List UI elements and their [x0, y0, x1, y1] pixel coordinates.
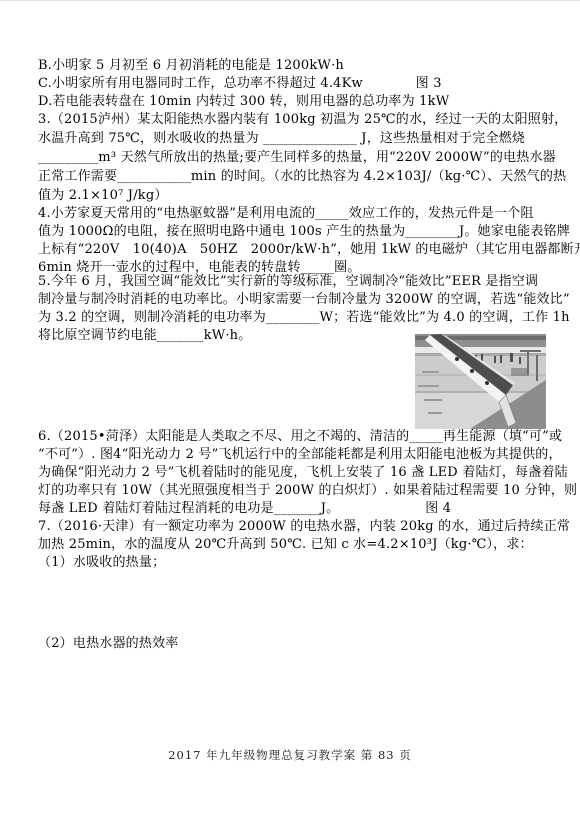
text-line: 水温升高到 75℃，则水吸收的热量为 ______________ J，这些热量… — [38, 130, 525, 148]
text-line: 制冷量与制冷时消耗的电功率比。小明家需要一台制冷量为 3200W 的空调，若选“… — [38, 291, 570, 309]
text-line: 为确保“阳光动力 2 号”飞机着陆时的能见度，飞机上安装了 16 盏 LED 着… — [38, 464, 568, 482]
text-line: 为 3.2 的空调，则制冷消耗的电功率为________W；若选“能效比”为 4… — [38, 309, 570, 327]
text-line: 每盏 LED 着陆灯着陆过程消耗的电功是_______J。 图 4 — [38, 500, 451, 518]
text-line: C.小明家所有用电器同时工作，总功率不得超过 4.4Kw 图 3 — [38, 75, 442, 93]
text-line: 值为 1000Ω的电阻，接在照明电路中通电 100s 产生的热量为_______… — [38, 223, 570, 241]
text-line: B.小明家 5 月初至 6 月初消耗的电能是 1200kW·h — [38, 57, 344, 75]
text-line: 3.（2015泸州）某太阳能热水器内装有 100kg 初温为 25℃的水，经过一… — [38, 111, 567, 129]
text-line: 6.（2015•菏泽）太阳能是人类取之不尽、用之不竭的、清洁的_____再生能源… — [38, 428, 562, 446]
text-line: （1）水吸收的热量； — [38, 554, 165, 572]
text-line: 加热 25min，水的温度从 20℃升高到 50℃. 已知 c 水=4.2×10… — [38, 536, 533, 554]
text-line: 上标有“220V 10(40)A 50HZ 2000r/kW·h”，她用 1kW… — [38, 241, 580, 259]
text-line: （2）电热水器的热效率 — [38, 635, 178, 653]
text-line: 7.（2016·天津）有一额定功率为 2000W 的电热水器，内装 20kg 的… — [38, 518, 570, 536]
document-page: B.小明家 5 月初至 6 月初消耗的电能是 1200kW·h C.小明家所有用… — [0, 0, 580, 820]
text-line: 正常工作需要___________min 的时间。（水的比热容为 4.2×103… — [38, 168, 566, 186]
text-line: D.若电能表转盘在 10min 内转过 300 转，则用电器的总功率为 1kW — [38, 93, 449, 111]
text-line: _________m³ 天然气所放出的热量;要产生同样多的热量，用“220V 2… — [38, 149, 556, 167]
text-line: “不可”）. 图4“阳光动力 2 号”飞机运行中的全部能耗都是利用太阳能电池板为… — [38, 446, 562, 464]
solar-impulse-airplane-photo — [415, 334, 546, 429]
text-line: 4.小芳家夏天常用的“电热驱蚊器”是利用电流的_____效应工作的，发热元件是一… — [38, 205, 534, 223]
text-line: 值为 2.1×10⁷ J/kg） — [38, 187, 168, 205]
page-footer: 2017 年九年级物理总复习教学案 第 83 页 — [0, 747, 580, 763]
text-line: 灯的功率只有 10W（其光照强度相当于 200W 的白炽灯）. 如果着陆过程需要… — [38, 482, 577, 500]
text-line: 5.今年 6 月，我国空调“能效比”实行新的等级标准，空调制冷“能效比”EER … — [38, 273, 538, 291]
text-line: 将比原空调节约电能_______kW·h。 — [38, 327, 251, 345]
airplane-photo-graphic — [415, 334, 546, 429]
